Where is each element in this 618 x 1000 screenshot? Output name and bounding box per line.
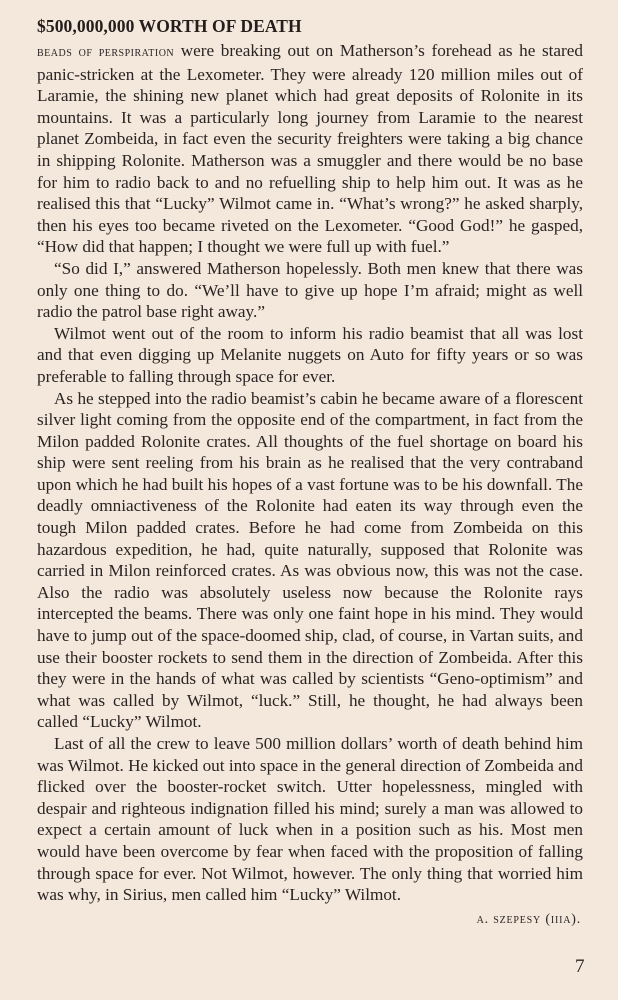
author-byline: a. szepesy (iiia). — [37, 912, 583, 928]
page: $500,000,000 WORTH OF DEATH beads of per… — [37, 14, 583, 928]
paragraph: Last of all the crew to leave 500 millio… — [37, 733, 583, 906]
paragraph-text: were breaking out on Matherson’s forehea… — [37, 41, 583, 256]
lead-in: beads of perspiration — [37, 45, 174, 60]
article-title: $500,000,000 WORTH OF DEATH — [37, 14, 583, 38]
paragraph: beads of perspiration were breaking out … — [37, 40, 583, 258]
article-body: beads of perspiration were breaking out … — [37, 40, 583, 906]
paragraph: Wilmot went out of the room to inform hi… — [37, 323, 583, 388]
paragraph: As he stepped into the radio beamist’s c… — [37, 388, 583, 734]
paragraph: “So did I,” answered Matherson hopelessl… — [37, 258, 583, 323]
page-number: 7 — [575, 956, 585, 978]
